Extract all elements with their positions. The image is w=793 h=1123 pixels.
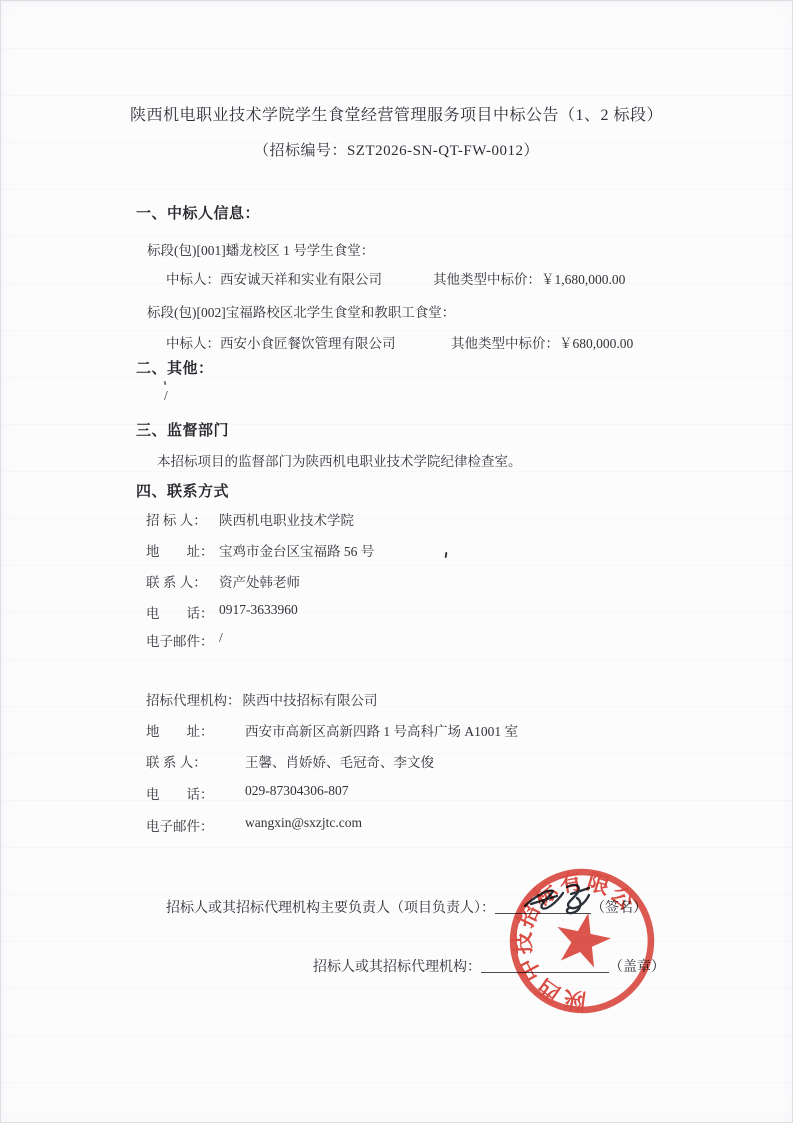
lot-name: 标段(包)[001]蟠龙校区 1 号学生食堂： <box>147 239 374 259</box>
price-value: ￥1,680,000.00 <box>541 272 625 287</box>
winner-name: 西安小食匠餐饮管理有限公司 <box>220 336 396 351</box>
section1-heading: 一、中标人信息： <box>136 202 260 223</box>
contact-value: 029-87304306-807 <box>245 783 349 803</box>
contact-label: 电子邮件： <box>146 815 245 835</box>
section2-content: / <box>164 388 168 404</box>
contact-value: 宝鸡市金台区宝福路 56 号 <box>219 540 374 560</box>
tenderer-row: 地 址：宝鸡市金台区宝福路 56 号 <box>146 540 374 560</box>
agency-row: 招标代理机构：陕西中技招标有限公司 <box>146 689 378 709</box>
lot-winner-line: 中标人：西安诚天祥和实业有限公司 其他类型中标价：￥1,680,000.00 <box>166 268 726 288</box>
contact-value: 0917-3633960 <box>219 602 298 622</box>
contact-label: 地 址： <box>146 540 219 560</box>
signature-line-2-label: 招标人或其招标代理机构： <box>313 956 481 976</box>
agency-row: 联 系 人：王馨、肖娇娇、毛冠奇、李文俊 <box>146 751 434 771</box>
lot-winner-line: 中标人：西安小食匠餐饮管理有限公司 其他类型中标价：￥680,000.00 <box>166 332 726 352</box>
contact-label: 地 址： <box>146 720 245 740</box>
company-seal-stamp: 陕西中技招标有限公司 <box>506 865 658 1017</box>
contact-label: 电 话： <box>146 783 245 803</box>
seal-star-icon <box>544 903 616 976</box>
contact-value: 资产处韩老师 <box>219 571 300 591</box>
scan-artifact <box>445 552 448 558</box>
price-group: 其他类型中标价：￥1,680,000.00 <box>433 268 625 288</box>
page-title: 陕西机电职业技术学院学生食堂经营管理服务项目中标公告（1、2 标段） <box>1 102 792 125</box>
scan-artifact <box>164 381 167 385</box>
tenderer-row: 招 标 人：陕西机电职业技术学院 <box>146 509 354 529</box>
price-value: ￥680,000.00 <box>559 336 633 351</box>
section3-content: 本招标项目的监督部门为陕西机电职业技术学院纪律检查室。 <box>157 450 522 470</box>
contact-label: 电子邮件： <box>146 630 219 650</box>
contact-label: 招 标 人： <box>146 509 219 529</box>
contact-value: 王馨、肖娇娇、毛冠奇、李文俊 <box>245 751 434 771</box>
winner-label: 中标人： <box>166 272 220 287</box>
agency-row: 地 址：西安市高新区高新四路 1 号高科广场 A1001 室 <box>146 720 518 740</box>
contact-value: 西安市高新区高新四路 1 号高科广场 A1001 室 <box>245 720 518 740</box>
tender-number: （招标编号：SZT2026-SN-QT-FW-0012） <box>1 139 792 160</box>
lot-name: 标段(包)[002]宝福路校区北学生食堂和教职工食堂： <box>147 301 455 321</box>
tenderer-row: 电子邮件：/ <box>146 630 223 650</box>
price-label: 其他类型中标价： <box>433 272 541 287</box>
price-label: 其他类型中标价： <box>451 336 559 351</box>
agency-row: 电 话：029-87304306-807 <box>146 783 349 803</box>
tenderer-row: 电 话：0917-3633960 <box>146 602 298 622</box>
contact-value: 陕西中技招标有限公司 <box>243 689 378 709</box>
section4-heading: 四、联系方式 <box>136 480 229 501</box>
contact-value: / <box>219 630 223 650</box>
contact-value: 陕西机电职业技术学院 <box>219 509 354 529</box>
contact-label: 电 话： <box>146 602 219 622</box>
contact-label: 联 系 人： <box>146 571 219 591</box>
price-group: 其他类型中标价：￥680,000.00 <box>451 332 633 352</box>
announcement-page: 陕西机电职业技术学院学生食堂经营管理服务项目中标公告（1、2 标段） （招标编号… <box>0 0 793 1123</box>
winner-label: 中标人： <box>166 336 220 351</box>
contact-label: 联 系 人： <box>146 751 245 771</box>
section2-heading: 二、其他： <box>136 357 214 378</box>
contact-label: 招标代理机构： <box>146 689 241 709</box>
agency-row: 电子邮件：wangxin@sxzjtc.com <box>146 815 362 835</box>
winner-name: 西安诚天祥和实业有限公司 <box>220 272 382 287</box>
contact-value: wangxin@sxzjtc.com <box>245 815 362 835</box>
signature-line-1-label: 招标人或其招标代理机构主要负责人（项目负责人）： <box>166 897 495 917</box>
tenderer-row: 联 系 人：资产处韩老师 <box>146 571 300 591</box>
section3-heading: 三、监督部门 <box>136 419 229 440</box>
